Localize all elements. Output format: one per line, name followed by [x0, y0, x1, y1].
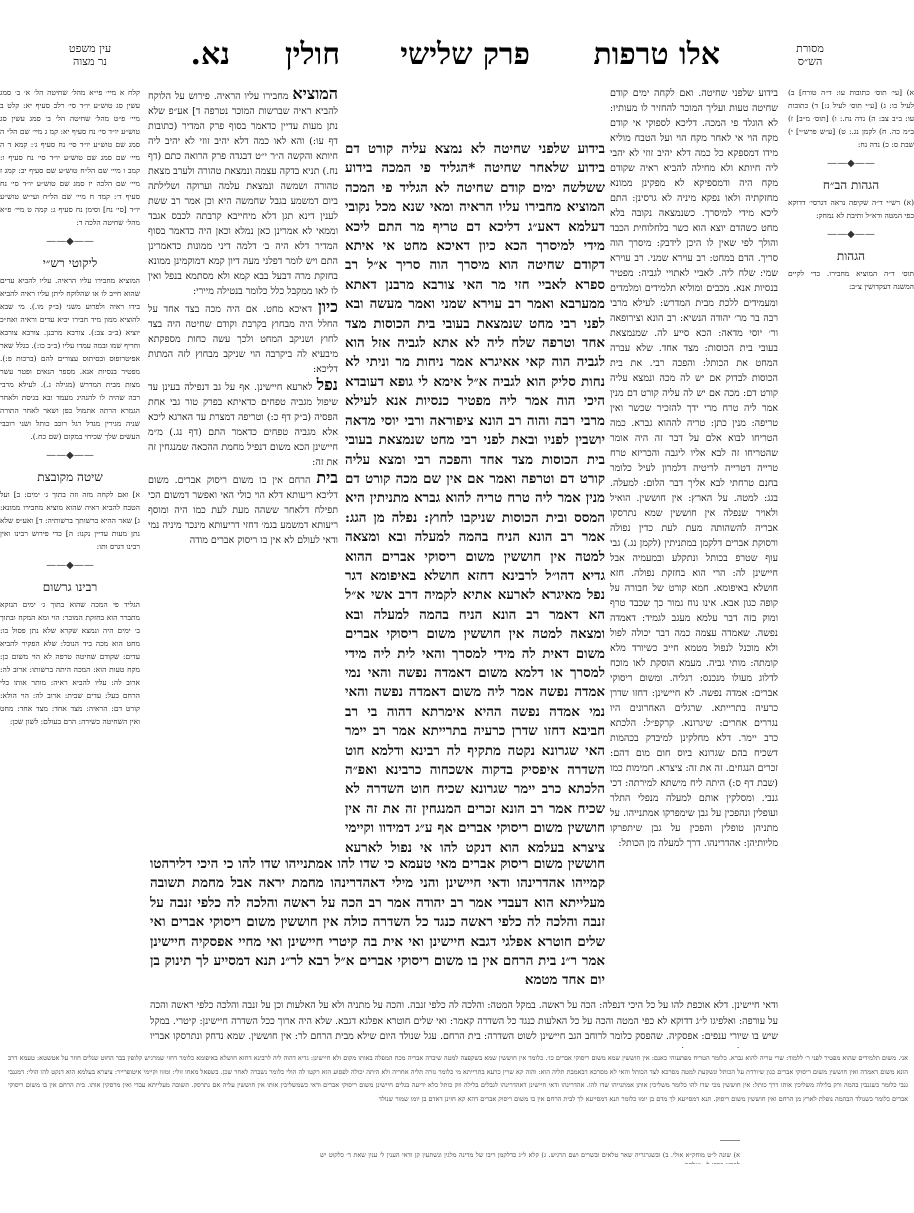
- tosafot-text-4: הרחם אין בו משום ריסוק אברים. משום דליכא…: [148, 475, 338, 546]
- ornament-divider: ——◆——: [788, 228, 914, 241]
- masoret-hashas-column: א) [עי׳ תוס׳ כתובות עו: ד״ה טורח] ב) לעי…: [788, 86, 914, 626]
- page-header: מסורת הש״ס אלו טרפות פרק שלישי חולין נא.…: [0, 0, 914, 80]
- ein-mishpat-column: קלח א מיי׳ פי״א מהל׳ שחיטה הל׳ א׳ ב׳ סמג…: [0, 86, 140, 1046]
- gemara-text-top: בידוע שלפני שחיטה לא נמצא עליה קורט דם ב…: [345, 140, 605, 855]
- chapter-number: פרק שלישי: [380, 38, 530, 72]
- hagahot-title: הגהות: [788, 247, 914, 265]
- tosafot-section-4: בית הרחם אין בו משום ריסוק אברים. משום ד…: [148, 470, 338, 548]
- rabbeinu-gershom-text: הגליד פי המכה שהוא בתוך ג׳ ימים הנזקא מת…: [0, 598, 140, 728]
- footnotes: א) שונה ל״ט מוחק״א אולי. ב) ובשגרגריה שא…: [320, 1150, 740, 1164]
- masoret-entries: א) [עי׳ תוס׳ כתובות עו: ד״ה טורח] ב) לעי…: [788, 86, 914, 151]
- hagahot-bach-text: (א) רש״י ד״ה שקיפה נראה דגרסי׳ דדוקא כפי…: [788, 196, 914, 222]
- tosafot-dibur-4: בית: [316, 468, 338, 487]
- gemara-main-text: בידוע שלפני שחיטה לא נמצא עליה קורט דם ב…: [345, 140, 605, 855]
- ornament-divider: ——◆——: [0, 559, 140, 572]
- tosafot-dibur-2: כיון: [318, 297, 338, 316]
- masoret-label-line1: מסורת: [780, 42, 840, 55]
- masoret-hashas-label: מסורת הש״ס: [780, 42, 840, 68]
- tosafot-section-2: כיון דאיכא מחט. אם היה מכה בצד אחד על הח…: [148, 299, 338, 377]
- tosafot-text-1: מחבירו עליו הראיה. פירוש על הלוקח להביא …: [148, 91, 338, 297]
- tosafot-dibur-3: נפל: [317, 375, 338, 394]
- tosafot-section-3: נפל לארעא חיישינן. אף על גב דנפילה בעינן…: [148, 377, 338, 470]
- rabbeinu-gershom-title: רבינו גרשום: [0, 578, 140, 596]
- gemara-main-text-wide: חוששין משום ריסוק אברים מאי טעמא כי שדו …: [150, 855, 605, 995]
- tosafot-text-2: דאיכא מחט. אם היה מכה בצד אחד על החלל הי…: [148, 304, 338, 375]
- rashi-text-bottom: ודאי חיישינן. דלא אוכפת להו על כל היכי ד…: [150, 998, 778, 1048]
- tosafot-intro: המוציא מחבירו עליו הראיה. פירוש על הלוקח…: [148, 86, 338, 299]
- shita-mekubetzet-title: שיטה מקובצת: [0, 468, 140, 486]
- ornament-divider: ——◆——: [788, 157, 914, 170]
- ornament-divider: ——◆——: [0, 235, 140, 248]
- hagahot-text: תוס׳ ד״ה המוציא מחבירו. כדי לקיים המשנה …: [788, 267, 914, 293]
- folio-number: נא.: [170, 38, 230, 72]
- tractate-name: חולין: [240, 38, 340, 72]
- footnotes-text: א) שונה ל״ט מוחק״א אולי. ב) ובשגרגריה שא…: [320, 1150, 740, 1164]
- tosafot-text-3: לארעא חיישינן. אף על גב דנפילה בעינן עד …: [148, 382, 338, 468]
- gemara-text-bottom: חוששין משום ריסוק אברים מאי טעמא כי שדו …: [150, 855, 605, 991]
- ein-mishpat-label: עין משפט נר מצוה: [50, 42, 130, 68]
- likutei-rashi-text: המוציא מחבירו עליו הראיה. עליו להביא עדי…: [0, 274, 140, 443]
- tosafot-dibur-hamatchil: המוציא: [292, 86, 338, 103]
- gilyon-text: אני. משום תלמידים שהוא מפטיר לפני ר׳ ללמ…: [8, 1052, 908, 1106]
- rashi-text: בידוע שלפני שחיטה. ואם לקחה ימים קודם שח…: [610, 86, 778, 851]
- ein-mishpat-line2: נר מצוה: [50, 55, 130, 68]
- rashi-commentary: בידוע שלפני שחיטה. ואם לקחה ימים קודם שח…: [610, 86, 778, 986]
- footnote-rule: [720, 1140, 740, 1141]
- ornament-divider: ——◆——: [0, 449, 140, 462]
- gilyon-footer: אני. משום תלמידים שהוא מפטיר לפני ר׳ ללמ…: [8, 1052, 908, 1134]
- chapter-name: אלו טרפות: [520, 38, 720, 72]
- likutei-rashi-title: ליקוטי רש״י: [0, 254, 140, 272]
- ein-mishpat-line1: עין משפט: [50, 42, 130, 55]
- masoret-label-line2: הש״ס: [780, 55, 840, 68]
- ein-mishpat-entries: קלח א מיי׳ פי״א מהל׳ שחיטה הל׳ א׳ ב׳ סמג…: [0, 86, 140, 229]
- rashi-commentary-bottom: ודאי חיישינן. דלא אוכפת להו על כל היכי ד…: [150, 998, 778, 1048]
- tosafot-commentary: המוציא מחבירו עליו הראיה. פירוש על הלוקח…: [148, 86, 338, 856]
- shita-mekubetzet-text: א] ואם לקחה מזה וזה בתוך ג׳ ימים: ב] ועל…: [0, 488, 140, 553]
- hagahot-bach-title: הגהות הב״ח: [788, 176, 914, 194]
